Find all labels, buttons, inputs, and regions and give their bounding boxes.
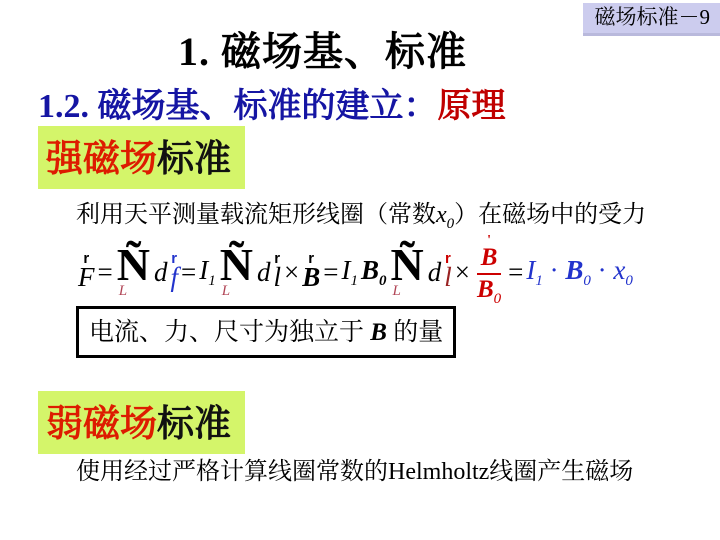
fraction-bar	[477, 273, 501, 275]
page-title: 1. 磁场基、标准	[178, 20, 467, 77]
symbol-I: I	[199, 255, 208, 285]
symbol-B: B	[477, 276, 494, 303]
note-text-post: 的量	[387, 319, 443, 346]
integral-glyph: Ñ	[390, 245, 423, 285]
subscript-0: 0	[379, 273, 387, 289]
cross-product-sign: ×	[284, 257, 299, 288]
dot-operator: ·	[550, 255, 559, 285]
fraction-B-over-B0: ' B B0	[477, 237, 501, 307]
integral-glyph: Ñ	[220, 245, 253, 285]
description-text-pre: 利用天平测量载流矩形线圈（常数	[76, 202, 436, 228]
symbol-F: F	[78, 264, 95, 291]
weak-field-heading: 弱磁场标准	[38, 391, 245, 454]
subtitle-accent: 原理	[438, 88, 506, 125]
differential-d: d	[257, 257, 271, 288]
symbol-l: l	[444, 264, 452, 291]
subscript-1: 1	[535, 273, 543, 289]
strong-field-rest: 标准	[157, 139, 231, 180]
description-text-post: ）在磁场中的受力	[454, 202, 646, 228]
result-expression: I1 · B0 · x0	[526, 255, 633, 290]
subscript-0: 0	[625, 273, 633, 289]
integral-glyph: Ñ	[117, 245, 150, 285]
cross-product-sign: ×	[455, 257, 470, 288]
strong-field-accent: 强磁场	[46, 139, 157, 180]
contour-integral: Ñ L	[220, 245, 253, 299]
dot-operator: ·	[598, 255, 607, 285]
path-subscript-L: L	[392, 285, 400, 299]
weak-field-description: 使用经过严格计算线圈常数的Helmholtz线圈产生磁场	[76, 451, 633, 486]
symbol-B: B	[361, 255, 379, 285]
page-badge: 磁场标准－9	[583, 3, 720, 36]
subtitle-main: 1.2. 磁场基、标准的建立：	[38, 88, 438, 125]
vector-B: r B	[302, 253, 320, 291]
section-subtitle: 1.2. 磁场基、标准的建立：原理	[38, 78, 506, 127]
strong-field-heading: 强磁场标准	[38, 126, 245, 189]
variable-x: x	[436, 202, 447, 228]
slide-background: 磁场标准－9 1. 磁场基、标准 1.2. 磁场基、标准的建立：原理 强磁场标准…	[0, 0, 720, 540]
symbol-B: B	[481, 245, 498, 270]
force-balance-equation: r F = Ñ L d r f = I1 Ñ L d r l × r B = I…	[78, 234, 633, 310]
symbol-l: l	[273, 264, 281, 291]
independence-note-box: 电流、力、尺寸为独立于 B 的量	[76, 306, 456, 358]
subscript-1: 1	[208, 273, 216, 289]
fraction-numerator: ' B	[481, 237, 498, 270]
weak-field-accent: 弱磁场	[46, 404, 157, 445]
equals-sign: =	[181, 257, 196, 288]
equals-sign: =	[323, 257, 338, 288]
symbol-B: B	[302, 264, 320, 291]
weak-field-rest: 标准	[157, 404, 231, 445]
vector-df: r f	[170, 253, 178, 291]
subscript-0: 0	[583, 273, 591, 289]
contour-integral: Ñ L	[390, 245, 423, 299]
variable-B: B	[370, 319, 387, 346]
equals-sign: =	[98, 257, 113, 288]
path-subscript-L: L	[119, 285, 127, 299]
vector-dl: r l	[273, 253, 281, 291]
vector-dl: r l	[444, 253, 452, 291]
subscript-0: 0	[494, 291, 502, 307]
path-subscript-L: L	[222, 285, 230, 299]
current-I1: I1	[341, 255, 358, 290]
symbol-x: x	[613, 255, 625, 285]
strong-field-description: 利用天平测量载流矩形线圈（常数x0）在磁场中的受力	[76, 194, 646, 233]
contour-integral: Ñ L	[117, 245, 150, 299]
symbol-f: f	[170, 264, 178, 291]
equals-sign: =	[508, 257, 523, 288]
field-B0: B0	[361, 255, 387, 290]
vector-F: r F	[78, 253, 95, 291]
differential-d: d	[428, 257, 442, 288]
note-text-pre: 电流、力、尺寸为独立于	[89, 319, 370, 346]
symbol-B: B	[565, 255, 583, 285]
fraction-denominator: B0	[477, 277, 501, 307]
current-I1: I1	[199, 255, 216, 290]
differential-d: d	[154, 257, 168, 288]
subscript-1: 1	[350, 273, 358, 289]
